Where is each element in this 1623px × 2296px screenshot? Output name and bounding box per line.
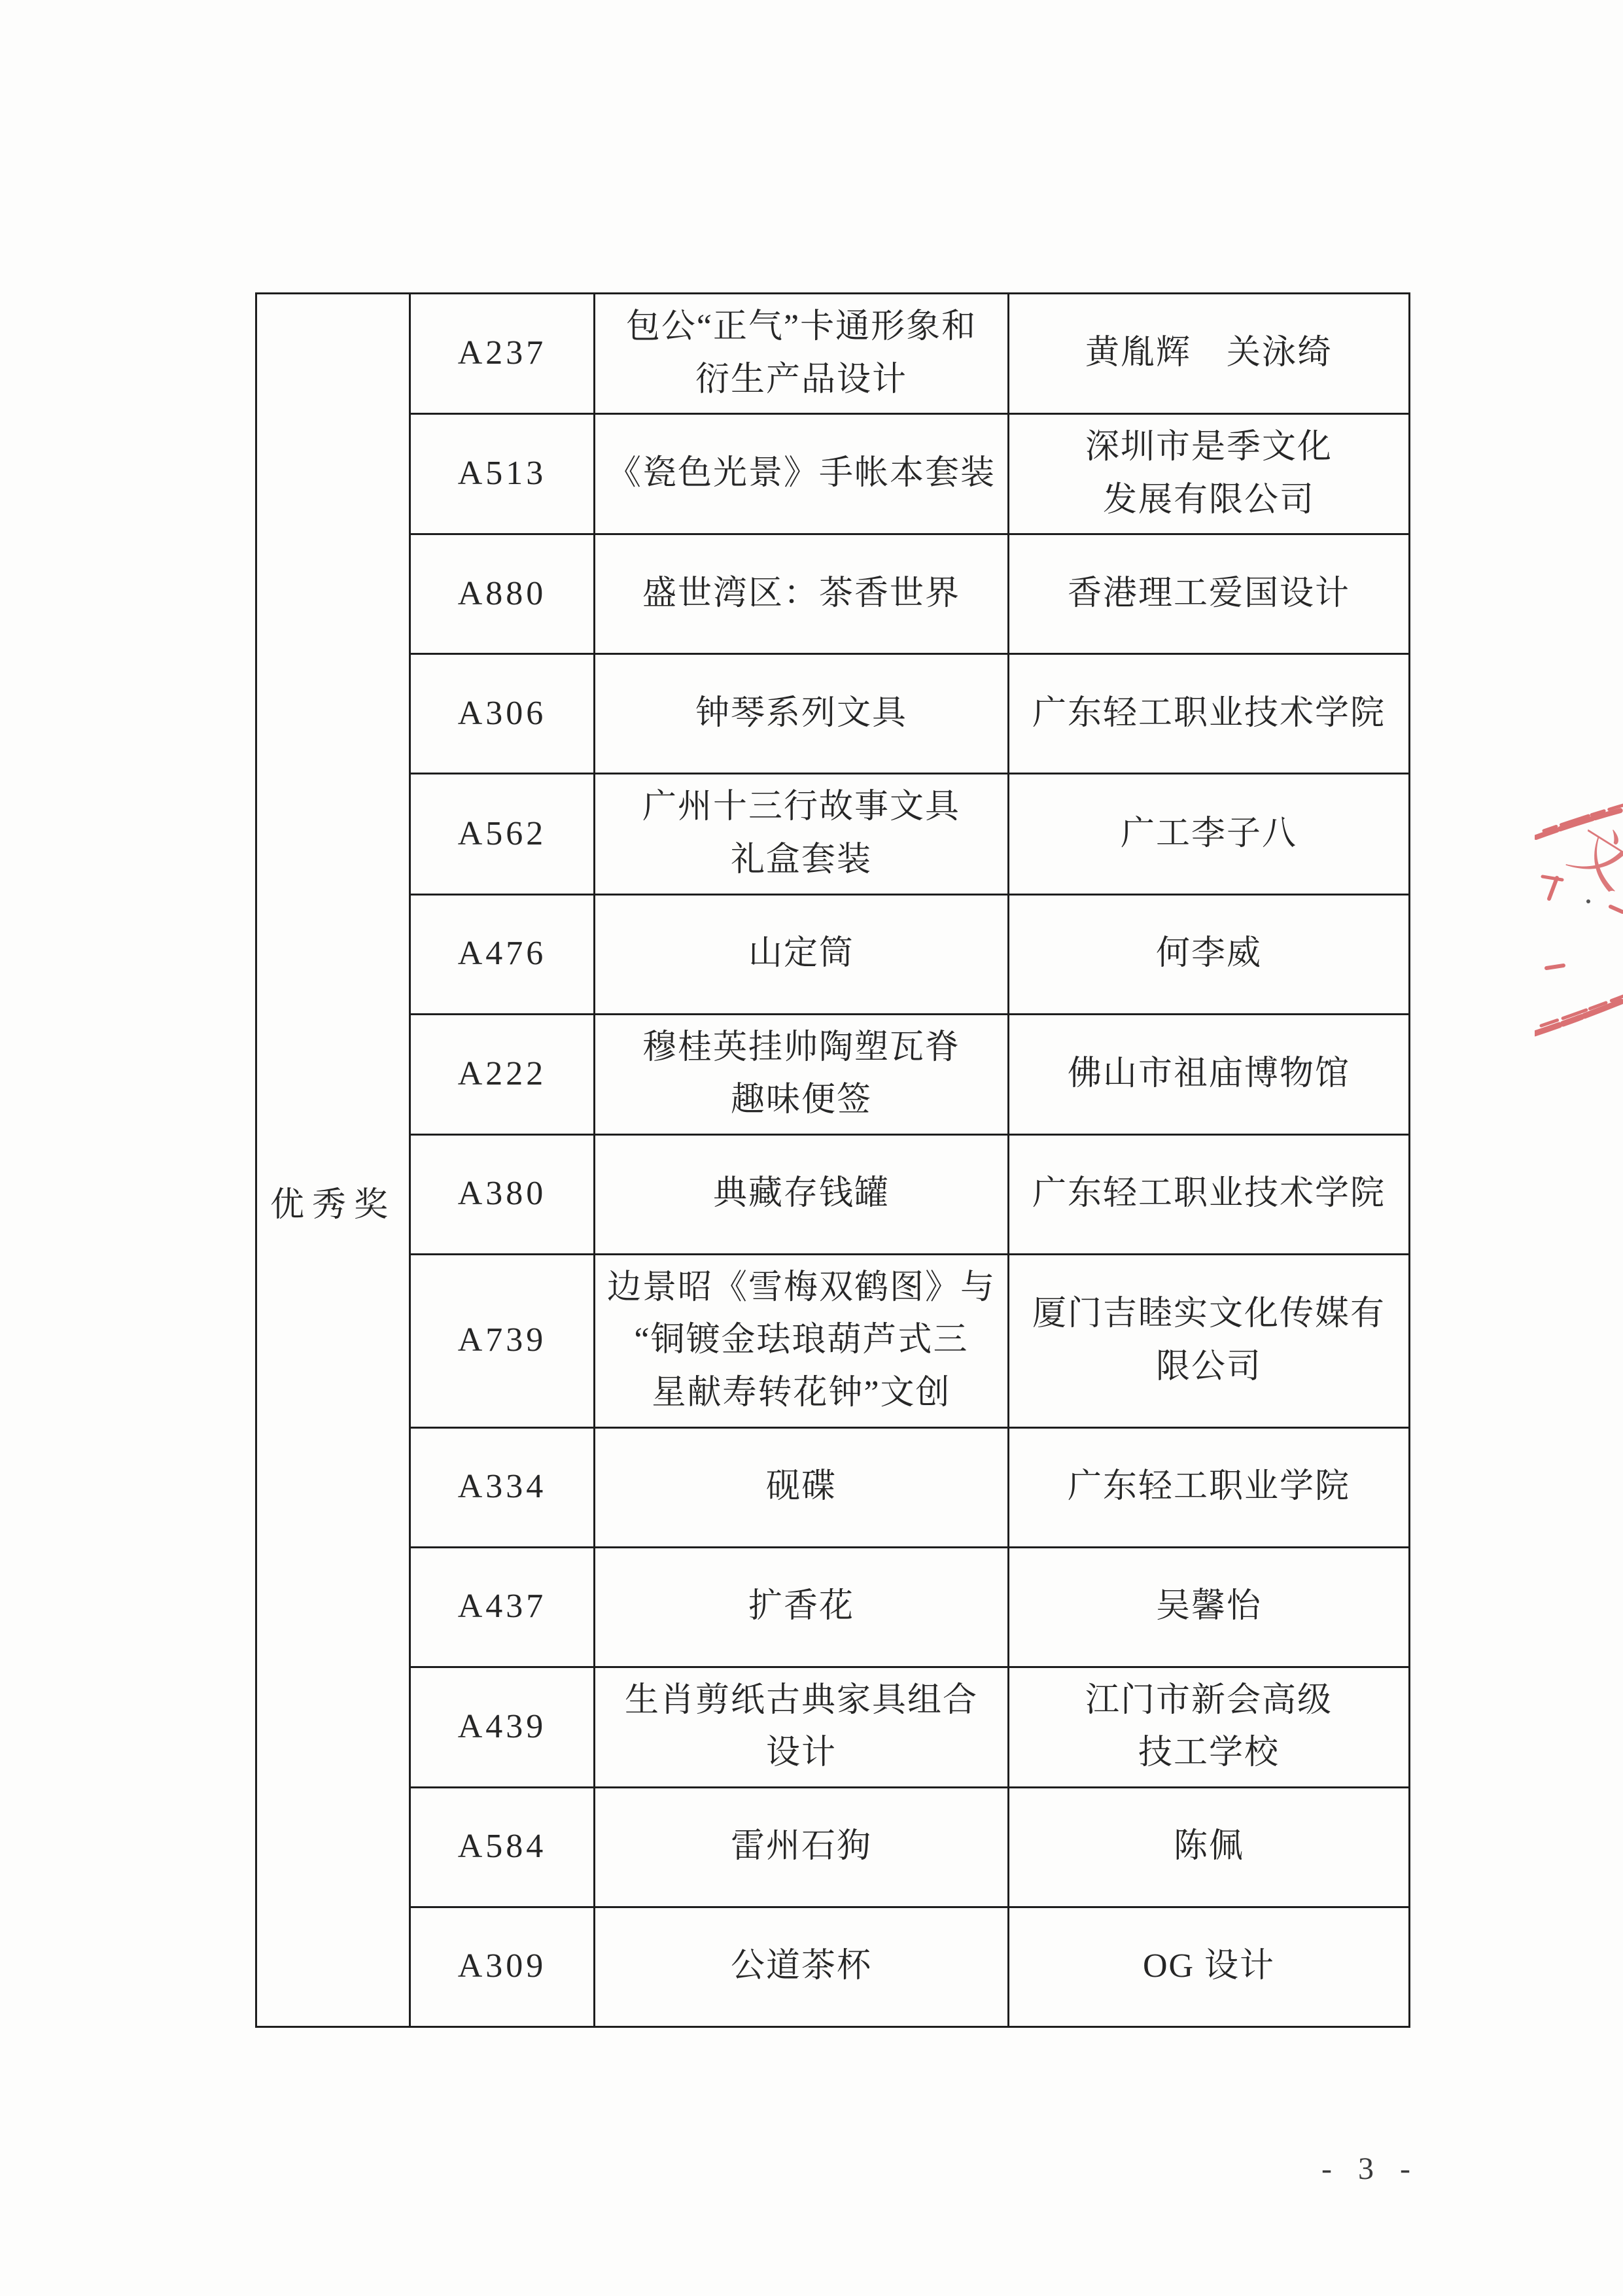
- entry-title: 山定筒: [595, 894, 1009, 1014]
- entry-code: A334: [410, 1427, 595, 1547]
- table-row: 优秀奖 A237 包公“正气”卡通形象和 衍生产品设计 黄胤辉 关泳绮: [256, 294, 1410, 414]
- entry-title: 典藏存钱罐: [595, 1134, 1009, 1254]
- entry-title: 砚碟: [595, 1427, 1009, 1547]
- entry-title: 穆桂英挂帅陶塑瓦脊 趣味便签: [595, 1014, 1009, 1134]
- entry-title: 广州十三行故事文具 礼盒套装: [595, 774, 1009, 894]
- table-row: A222 穆桂英挂帅陶塑瓦脊 趣味便签 佛山市祖庙博物馆: [256, 1014, 1410, 1134]
- entry-title: 生肖剪纸古典家具组合 设计: [595, 1667, 1009, 1787]
- document-page: 优秀奖 A237 包公“正气”卡通形象和 衍生产品设计 黄胤辉 关泳绮 A513…: [0, 0, 1623, 2296]
- page-number: - 3 -: [1302, 2151, 1439, 2187]
- entry-code: A380: [410, 1134, 595, 1254]
- entry-author: OG 设计: [1009, 1907, 1410, 2026]
- entry-code: A309: [410, 1907, 595, 2026]
- entry-author: 江门市新会高级 技工学校: [1009, 1667, 1410, 1787]
- entry-code: A584: [410, 1787, 595, 1907]
- entry-title: 雷州石狗: [595, 1787, 1009, 1907]
- entry-code: A437: [410, 1547, 595, 1667]
- award-table-body: 优秀奖 A237 包公“正气”卡通形象和 衍生产品设计 黄胤辉 关泳绮 A513…: [256, 294, 1410, 2027]
- entry-code: A237: [410, 294, 595, 414]
- entry-author: 厦门吉睦实文化传媒有 限公司: [1009, 1254, 1410, 1427]
- entry-code: A439: [410, 1667, 595, 1787]
- table-row: A584 雷州石狗 陈佩: [256, 1787, 1410, 1907]
- table-row: A437 扩香花 吴馨怡: [256, 1547, 1410, 1667]
- entry-title: 盛世湾区：茶香世界: [595, 534, 1009, 654]
- entry-code: A306: [410, 654, 595, 774]
- entry-author: 广工李子八: [1009, 774, 1410, 894]
- award-category-label: 优秀奖: [270, 1179, 396, 1232]
- table-row: A476 山定筒 何李威: [256, 894, 1410, 1014]
- table-row: A309 公道茶杯 OG 设计: [256, 1907, 1410, 2026]
- red-seal-stamp-icon: 文: [1535, 803, 1623, 1049]
- entry-title: 包公“正气”卡通形象和 衍生产品设计: [595, 294, 1009, 414]
- entry-code: A739: [410, 1254, 595, 1427]
- entry-title: 边景昭《雪梅双鹤图》与 “铜镀金珐琅葫芦式三 星献寿转花钟”文创: [595, 1254, 1009, 1427]
- entry-code: A562: [410, 774, 595, 894]
- entry-author: 广东轻工职业技术学院: [1009, 1134, 1410, 1254]
- table-row: A439 生肖剪纸古典家具组合 设计 江门市新会高级 技工学校: [256, 1667, 1410, 1787]
- entry-author: 何李威: [1009, 894, 1410, 1014]
- entry-author: 广东轻工职业学院: [1009, 1427, 1410, 1547]
- entry-author: 广东轻工职业技术学院: [1009, 654, 1410, 774]
- entry-title: 扩香花: [595, 1547, 1009, 1667]
- entry-title: 《瓷色光景》手帐本套装: [595, 414, 1009, 534]
- table-row: A880 盛世湾区：茶香世界 香港理工爱国设计: [256, 534, 1410, 654]
- entry-author: 吴馨怡: [1009, 1547, 1410, 1667]
- entry-title: 钟琴系列文具: [595, 654, 1009, 774]
- entry-code: A513: [410, 414, 595, 534]
- entry-author: 香港理工爱国设计: [1009, 534, 1410, 654]
- entry-author: 深圳市是季文化 发展有限公司: [1009, 414, 1410, 534]
- entry-code: A222: [410, 1014, 595, 1134]
- entry-code: A476: [410, 894, 595, 1014]
- table-row: A334 砚碟 广东轻工职业学院: [256, 1427, 1410, 1547]
- entry-code: A880: [410, 534, 595, 654]
- table-row: A739 边景昭《雪梅双鹤图》与 “铜镀金珐琅葫芦式三 星献寿转花钟”文创 厦门…: [256, 1254, 1410, 1427]
- entry-author: 佛山市祖庙博物馆: [1009, 1014, 1410, 1134]
- award-category-cell: 优秀奖: [256, 294, 410, 2027]
- table-row: A513 《瓷色光景》手帐本套装 深圳市是季文化 发展有限公司: [256, 414, 1410, 534]
- awards-table: 优秀奖 A237 包公“正气”卡通形象和 衍生产品设计 黄胤辉 关泳绮 A513…: [255, 292, 1410, 2028]
- table-row: A306 钟琴系列文具 广东轻工职业技术学院: [256, 654, 1410, 774]
- table-row: A380 典藏存钱罐 广东轻工职业技术学院: [256, 1134, 1410, 1254]
- table-row: A562 广州十三行故事文具 礼盒套装 广工李子八: [256, 774, 1410, 894]
- entry-title: 公道茶杯: [595, 1907, 1009, 2026]
- entry-author: 黄胤辉 关泳绮: [1009, 294, 1410, 414]
- entry-author: 陈佩: [1009, 1787, 1410, 1907]
